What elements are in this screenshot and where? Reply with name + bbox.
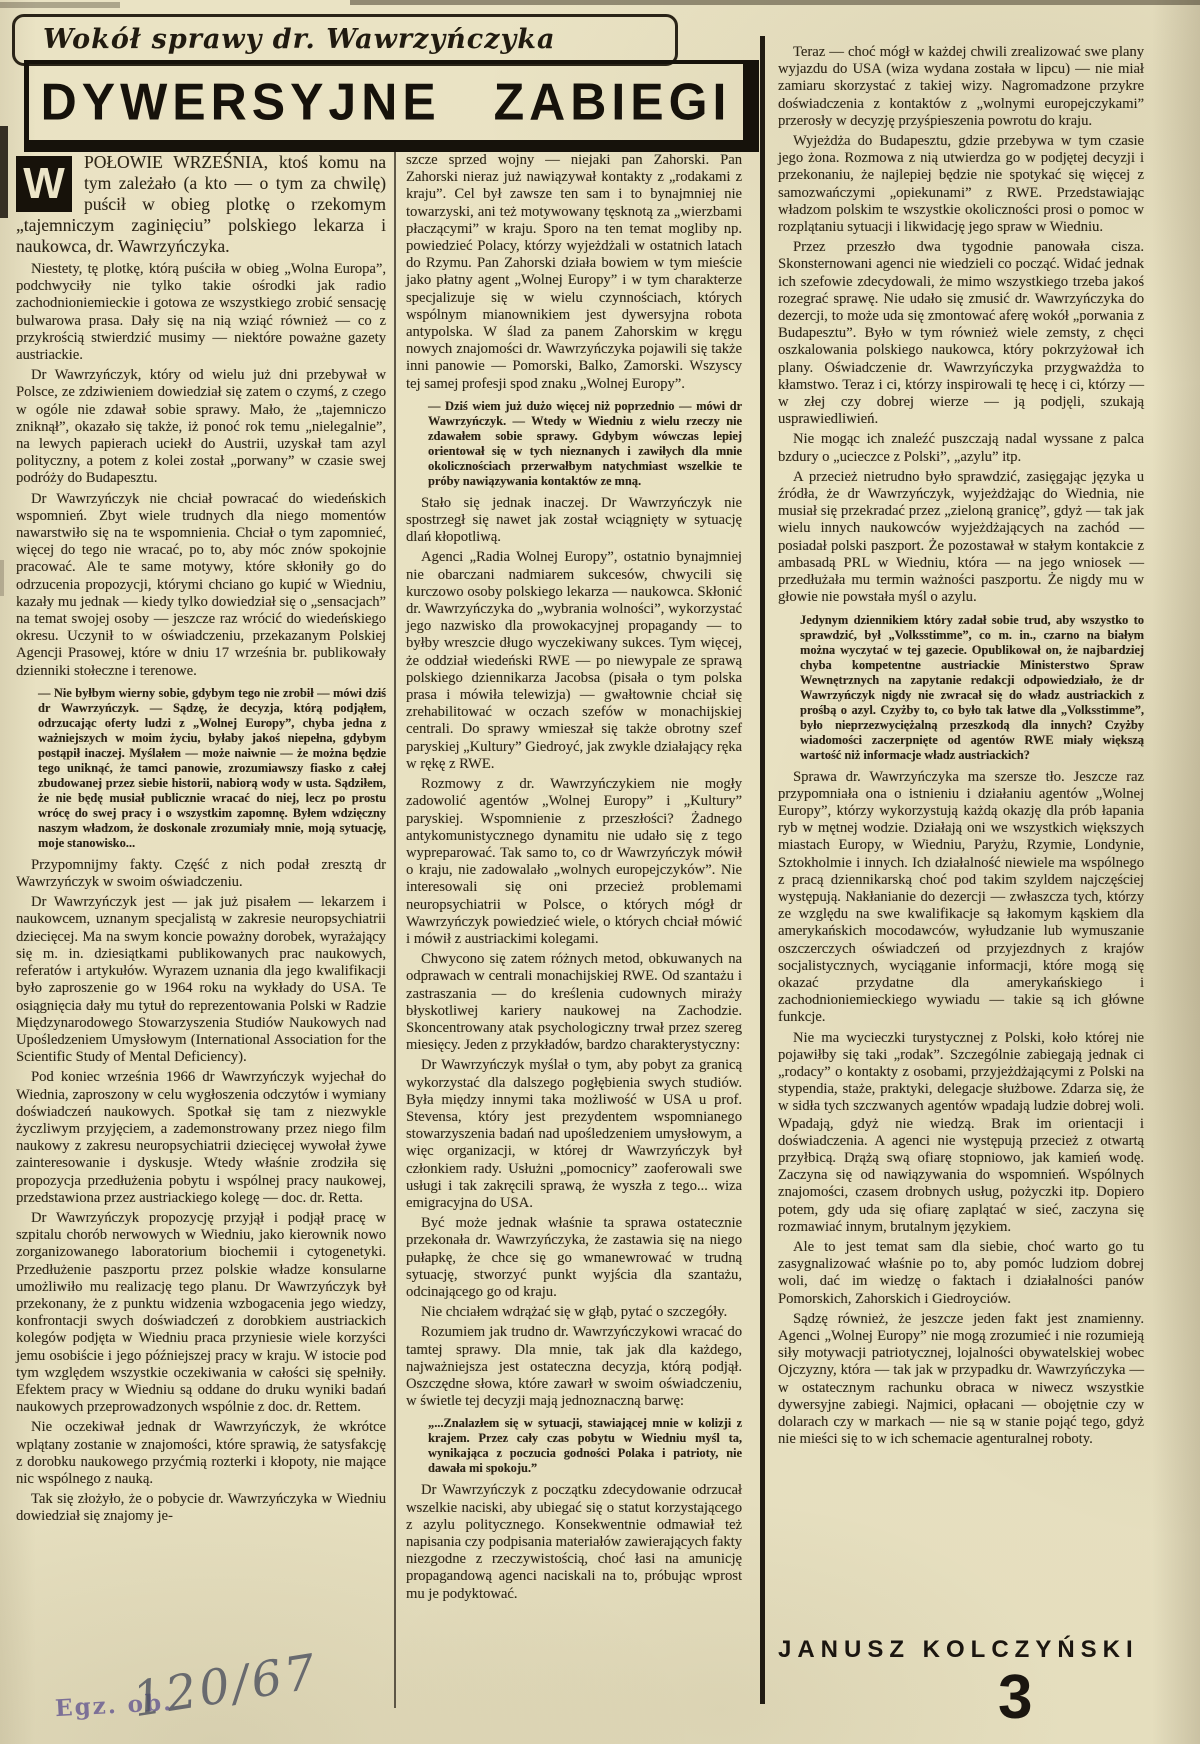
article-paragraph: Nie chciałem wdrążać się w głąb, pytać o… bbox=[406, 1304, 742, 1321]
column-3-paragraphs: Teraz — choć mógł w każdej chwili zreali… bbox=[778, 44, 1144, 1448]
byline: JANUSZ KOLCZYŃSKI bbox=[778, 1636, 1144, 1664]
kicker: Wokół sprawy dr. Wawrzyńczyka bbox=[43, 20, 555, 60]
scan-artifact bbox=[0, 560, 4, 596]
article-paragraph: Nie ma wycieczki turystycznej z Polski, … bbox=[778, 1030, 1144, 1236]
article-paragraph: — Nie byłbym wierny sobie, gdybym tego n… bbox=[38, 686, 386, 851]
article-paragraph: Ale to jest temat sam dla siebie, choć w… bbox=[778, 1239, 1144, 1308]
article-column-1: W POŁOWIE WRZEŚNIA, ktoś komu na tym zal… bbox=[16, 152, 386, 1529]
article-paragraph: Nie mogąc ich znaleźć puszczają nadal wy… bbox=[778, 431, 1144, 465]
page-number: 3 bbox=[998, 1662, 1032, 1733]
article-paragraph: Chwycono się zatem różnych metod, obkuwa… bbox=[406, 951, 742, 1054]
article-paragraph: „...Znalazłem się w sytuacji, stawiające… bbox=[428, 1416, 742, 1476]
kicker-box: Wokół sprawy dr. Wawrzyńczyka bbox=[12, 14, 678, 66]
dropcap: W bbox=[16, 156, 72, 212]
article-paragraph: szcze sprzed wojny — niejaki pan Zahorsk… bbox=[406, 152, 742, 393]
article-paragraph: Dr Wawrzyńczyk nie chciał powracać do wi… bbox=[16, 491, 386, 680]
article-paragraph: Niestety, tę plotkę, którą puściła w obi… bbox=[16, 261, 386, 364]
article-paragraph: Stało się jednak inaczej. Dr Wawrzyńczyk… bbox=[406, 495, 742, 547]
article-paragraph: Przypomnijmy fakty. Część z nich podał z… bbox=[16, 857, 386, 891]
article-paragraph: Rozumiem jak trudno dr. Wawrzyńczykowi w… bbox=[406, 1324, 742, 1410]
article-paragraph: Nie oczekiwał jednak dr Wawrzyńczyk, że … bbox=[16, 1419, 386, 1488]
article-column-3: Teraz — choć mógł w każdej chwili zreali… bbox=[778, 44, 1144, 1451]
article-paragraph: Dr Wawrzyńczyk jest — jak już pisałem — … bbox=[16, 894, 386, 1066]
article-paragraph: Wyjeżdża do Budapesztu, gdzie przebywa w… bbox=[778, 133, 1144, 236]
column-1-paragraphs: POŁOWIE WRZEŚNIA, ktoś komu na tym zależ… bbox=[16, 152, 386, 1526]
article-paragraph: Teraz — choć mógł w każdej chwili zreali… bbox=[778, 44, 1144, 130]
scan-artifact bbox=[0, 126, 8, 218]
article-paragraph: Przez przeszło dwa tygodnie panowała cis… bbox=[778, 239, 1144, 428]
article-paragraph: — Dziś wiem już dużo więcej niż poprzedn… bbox=[428, 399, 742, 489]
article-paragraph: Być może jednak właśnie ta sprawa ostate… bbox=[406, 1215, 742, 1301]
article-column-2: szcze sprzed wojny — niejaki pan Zahorsk… bbox=[406, 152, 742, 1606]
column-divider bbox=[394, 152, 396, 1708]
column-2-paragraphs: szcze sprzed wojny — niejaki pan Zahorsk… bbox=[406, 152, 742, 1603]
scan-artifact bbox=[350, 0, 1200, 5]
article-paragraph: Jedynym dziennikiem który zadał sobie tr… bbox=[800, 613, 1144, 763]
article-paragraph: Rozmowy z dr. Wawrzyńczykiem nie mogły z… bbox=[406, 776, 742, 948]
article-paragraph: Pod koniec września 1966 dr Wawrzyńczyk … bbox=[16, 1069, 386, 1207]
article-paragraph: A przecież nietrudno było sprawdzić, zas… bbox=[778, 469, 1144, 607]
article-paragraph: Tak się złożyło, że o pobycie dr. Wawrzy… bbox=[16, 1491, 386, 1525]
title-box: DYWERSYJNE ZABIEGI bbox=[24, 60, 759, 152]
article-paragraph: Agenci „Radia Wolnej Europy”, ostatnio b… bbox=[406, 549, 742, 773]
article-paragraph: Dr Wawrzyńczyk propozycję przyjął i podj… bbox=[16, 1210, 386, 1416]
column-divider bbox=[760, 36, 765, 1704]
article-paragraph: Dr Wawrzyńczyk, który od wielu już dni p… bbox=[16, 367, 386, 487]
article-paragraph: Dr Wawrzyńczyk z początku zdecydowanie o… bbox=[406, 1482, 742, 1602]
article-paragraph: Dr Wawrzyńczyk myślał o tym, aby pobyt z… bbox=[406, 1057, 742, 1212]
scan-artifact bbox=[0, 2, 120, 8]
handwritten-number: 120/67 bbox=[129, 1644, 322, 1729]
page-title: DYWERSYJNE ZABIEGI bbox=[29, 62, 743, 141]
newspaper-page: Wokół sprawy dr. Wawrzyńczyka DYWERSYJNE… bbox=[0, 0, 1200, 1744]
article-paragraph: Sądzę również, że jeszcze jeden fakt jes… bbox=[778, 1311, 1144, 1449]
article-paragraph: Sprawa dr. Wawrzyńczyka ma szersze tło. … bbox=[778, 769, 1144, 1027]
